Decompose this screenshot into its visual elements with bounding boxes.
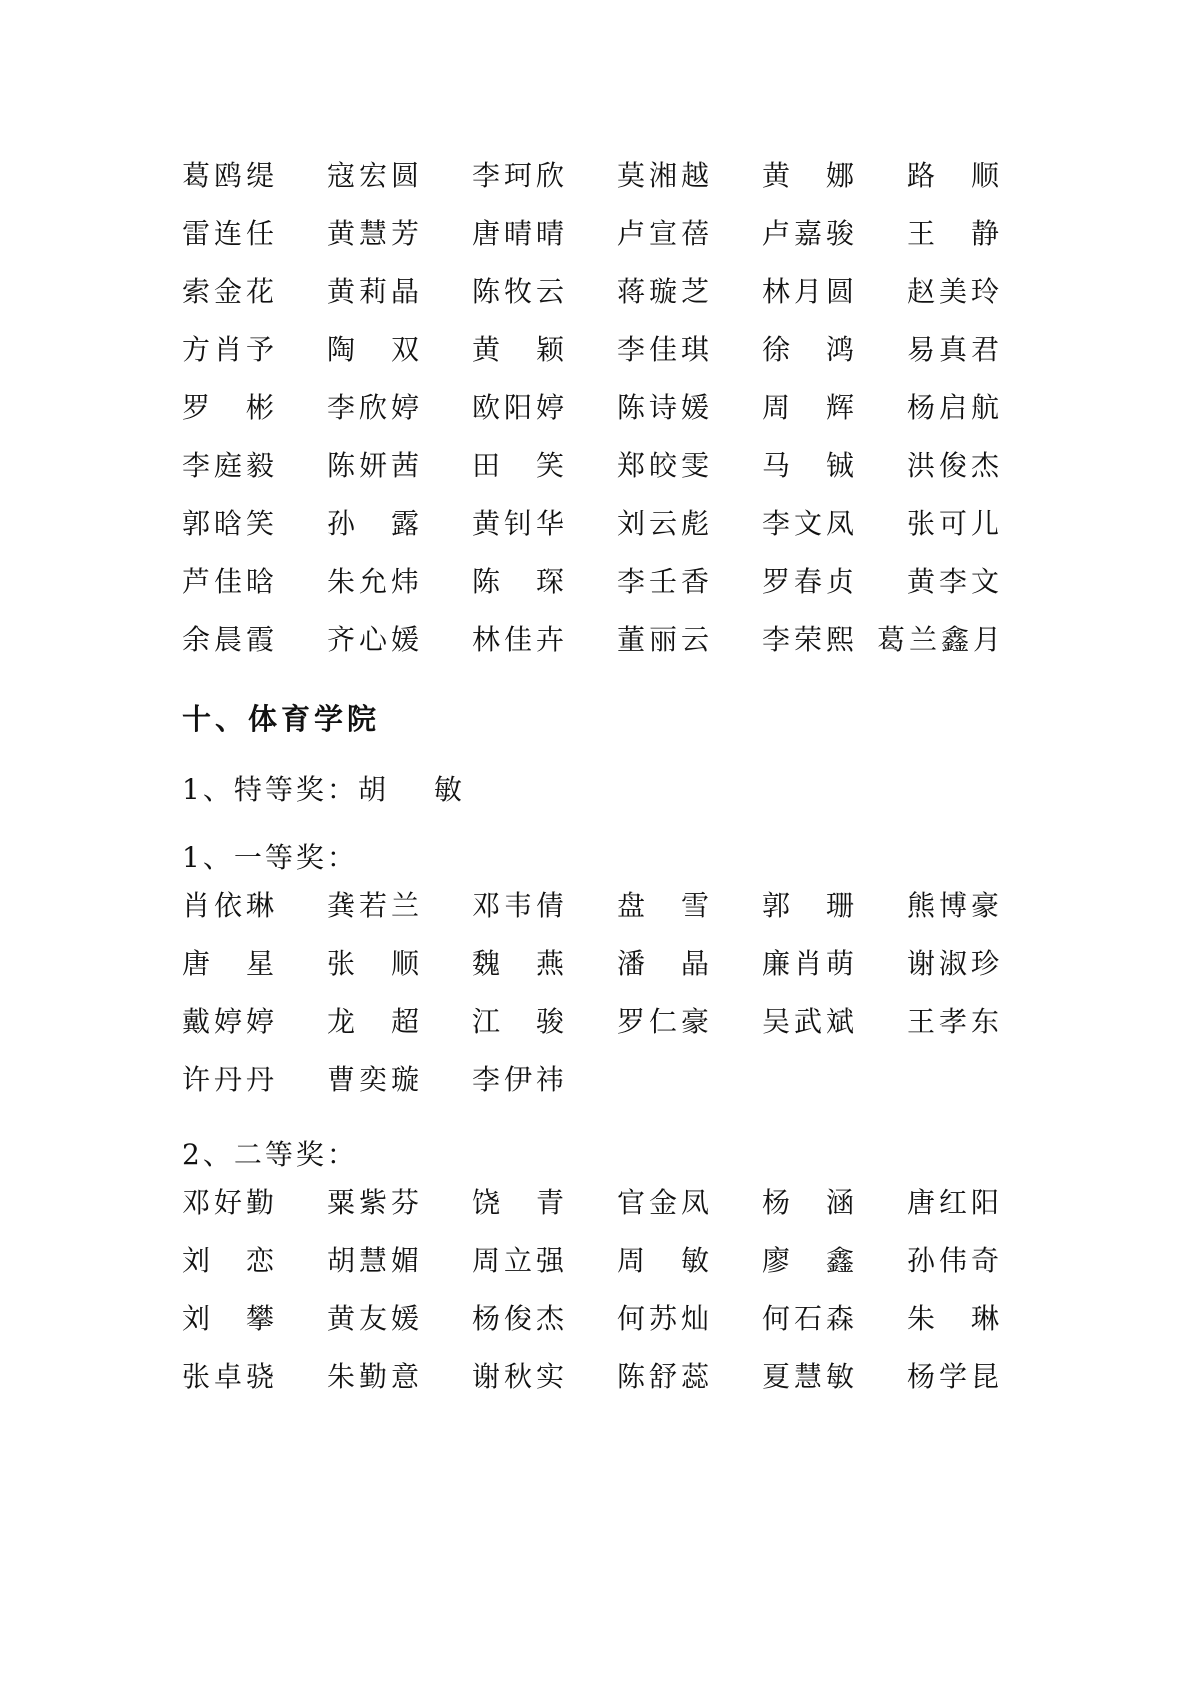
name: 盘 雪 — [617, 886, 713, 926]
name: 朱允炜 — [327, 562, 423, 602]
name: 李珂欣 — [472, 156, 568, 196]
name: 董丽云 — [617, 620, 713, 660]
name: 李庭毅 — [182, 446, 278, 486]
document-page: 葛鸥缇 寇宏圆 李珂欣 莫湘越 黄 娜 路 顺 雷连任 黄慧芳 唐晴晴 卢宣蓓 … — [0, 0, 1191, 1684]
name: 李佳琪 — [617, 330, 713, 370]
name-row: 李庭毅 陈妍茜 田 笑 郑皎雯 马 铖 洪俊杰 — [182, 446, 1022, 486]
name: 朱 琳 — [907, 1299, 1003, 1339]
name: 李欣婷 — [327, 388, 423, 428]
name: 林月圆 — [762, 272, 858, 312]
name: 杨俊杰 — [472, 1299, 568, 1339]
name: 芦佳晗 — [182, 562, 278, 602]
name: 齐心媛 — [327, 620, 423, 660]
name-row: 唐 星 张 顺 魏 燕 潘 晶 廉肖萌 谢淑珍 — [182, 944, 1022, 984]
name: 廉肖萌 — [762, 944, 858, 984]
name: 陶 双 — [327, 330, 423, 370]
name: 肖依琳 — [182, 886, 278, 926]
name: 曹奕璇 — [327, 1060, 423, 1100]
name: 欧阳婷 — [472, 388, 568, 428]
name: 雷连任 — [182, 214, 278, 254]
name: 陈牧云 — [472, 272, 568, 312]
name: 刘云彪 — [617, 504, 713, 544]
special-prize-label: 1、特等奖： — [182, 773, 358, 806]
name: 葛鸥缇 — [182, 156, 278, 196]
name: 黄莉晶 — [327, 272, 423, 312]
name: 何苏灿 — [617, 1299, 713, 1339]
name: 王 静 — [907, 214, 1003, 254]
name-row: 刘 攀 黄友媛 杨俊杰 何苏灿 何石森 朱 琳 — [182, 1299, 1022, 1339]
name: 郑皎雯 — [617, 446, 713, 486]
name: 李伊祎 — [472, 1060, 568, 1100]
name: 黄李文 — [907, 562, 1003, 602]
name-row: 雷连任 黄慧芳 唐晴晴 卢宣蓓 卢嘉骏 王 静 — [182, 214, 1022, 254]
name: 廖 鑫 — [762, 1241, 858, 1281]
name: 郭 珊 — [762, 886, 858, 926]
name-row: 邓好勤 粟紫芬 饶 青 官金凤 杨 涵 唐红阳 — [182, 1183, 1022, 1223]
name: 戴婷婷 — [182, 1002, 278, 1042]
name-row: 许丹丹 曹奕璇 李伊祎 — [182, 1060, 1022, 1100]
name: 黄钊华 — [472, 504, 568, 544]
name: 罗仁豪 — [617, 1002, 713, 1042]
name: 龚若兰 — [327, 886, 423, 926]
name: 周立强 — [472, 1241, 568, 1281]
name-row: 葛鸥缇 寇宏圆 李珂欣 莫湘越 黄 娜 路 顺 — [182, 156, 1022, 196]
name: 唐 星 — [182, 944, 278, 984]
name: 谢淑珍 — [907, 944, 1003, 984]
special-prize-winner: 胡 敏 — [358, 773, 472, 806]
name: 吴武斌 — [762, 1002, 858, 1042]
name: 潘 晶 — [617, 944, 713, 984]
section-heading: 十、体育学院 — [182, 697, 380, 738]
name: 胡慧媚 — [327, 1241, 423, 1281]
name: 马 铖 — [762, 446, 858, 486]
name-row: 芦佳晗 朱允炜 陈 琛 李壬香 罗春贞 黄李文 — [182, 562, 1022, 602]
name: 黄 娜 — [762, 156, 858, 196]
name: 方肖予 — [182, 330, 278, 370]
name: 黄 颖 — [472, 330, 568, 370]
name: 李荣熙 — [762, 620, 858, 660]
name: 陈诗媛 — [617, 388, 713, 428]
name: 饶 青 — [472, 1183, 568, 1223]
name: 杨 涵 — [762, 1183, 858, 1223]
second-prize-label: 2、二等奖： — [182, 1133, 358, 1173]
name: 官金凤 — [617, 1183, 713, 1223]
name-row: 罗 彬 李欣婷 欧阳婷 陈诗媛 周 辉 杨启航 — [182, 388, 1022, 428]
name: 张卓骁 — [182, 1357, 278, 1397]
name: 唐晴晴 — [472, 214, 568, 254]
name: 唐红阳 — [907, 1183, 1003, 1223]
name: 王孝东 — [907, 1002, 1003, 1042]
name-row: 戴婷婷 龙 超 江 骏 罗仁豪 吴武斌 王孝东 — [182, 1002, 1022, 1042]
name-row: 方肖予 陶 双 黄 颖 李佳琪 徐 鸿 易真君 — [182, 330, 1022, 370]
name: 黄友媛 — [327, 1299, 423, 1339]
name: 田 笑 — [472, 446, 568, 486]
first-prize-label: 1、一等奖： — [182, 836, 358, 876]
name: 朱勤意 — [327, 1357, 423, 1397]
name: 刘 恋 — [182, 1241, 278, 1281]
name: 李文凤 — [762, 504, 858, 544]
name: 张 顺 — [327, 944, 423, 984]
name: 何石森 — [762, 1299, 858, 1339]
name: 洪俊杰 — [907, 446, 1003, 486]
name: 杨学昆 — [907, 1357, 1003, 1397]
name: 余晨霞 — [182, 620, 278, 660]
name: 魏 燕 — [472, 944, 568, 984]
name-row: 郭晗笑 孙 露 黄钊华 刘云彪 李文凤 张可儿 — [182, 504, 1022, 544]
name-row: 刘 恋 胡慧媚 周立强 周 敏 廖 鑫 孙伟奇 — [182, 1241, 1022, 1281]
name: 江 骏 — [472, 1002, 568, 1042]
name-row: 张卓骁 朱勤意 谢秋实 陈舒蕊 夏慧敏 杨学昆 — [182, 1357, 1022, 1397]
name: 赵美玲 — [907, 272, 1003, 312]
name: 陈舒蕊 — [617, 1357, 713, 1397]
name: 周 辉 — [762, 388, 858, 428]
name: 罗春贞 — [762, 562, 858, 602]
special-prize-line: 1、特等奖：胡 敏 — [182, 768, 472, 808]
name: 林佳卉 — [472, 620, 568, 660]
name: 易真君 — [907, 330, 1003, 370]
name: 黄慧芳 — [327, 214, 423, 254]
name: 卢宣蓓 — [617, 214, 713, 254]
name: 刘 攀 — [182, 1299, 278, 1339]
name: 周 敏 — [617, 1241, 713, 1281]
name: 杨启航 — [907, 388, 1003, 428]
name: 邓韦倩 — [472, 886, 568, 926]
name-row: 肖依琳 龚若兰 邓韦倩 盘 雪 郭 珊 熊博豪 — [182, 886, 1022, 926]
name: 孙伟奇 — [907, 1241, 1003, 1281]
name: 卢嘉骏 — [762, 214, 858, 254]
name: 邓好勤 — [182, 1183, 278, 1223]
name: 陈 琛 — [472, 562, 568, 602]
name: 郭晗笑 — [182, 504, 278, 544]
name: 熊博豪 — [907, 886, 1003, 926]
name: 路 顺 — [907, 156, 1003, 196]
name: 索金花 — [182, 272, 278, 312]
name: 龙 超 — [327, 1002, 423, 1042]
name: 粟紫芬 — [327, 1183, 423, 1223]
name: 夏慧敏 — [762, 1357, 858, 1397]
name: 陈妍茜 — [327, 446, 423, 486]
name: 葛兰鑫月 — [877, 620, 1007, 660]
name: 孙 露 — [327, 504, 423, 544]
name: 许丹丹 — [182, 1060, 278, 1100]
name: 蒋璇芝 — [617, 272, 713, 312]
name-row: 索金花 黄莉晶 陈牧云 蒋璇芝 林月圆 赵美玲 — [182, 272, 1022, 312]
name: 张可儿 — [907, 504, 1003, 544]
name: 莫湘越 — [617, 156, 713, 196]
name-row: 余晨霞 齐心媛 林佳卉 董丽云 李荣熙 葛兰鑫月 — [182, 620, 1022, 660]
name: 李壬香 — [617, 562, 713, 602]
name: 罗 彬 — [182, 388, 278, 428]
name: 谢秋实 — [472, 1357, 568, 1397]
name: 寇宏圆 — [327, 156, 423, 196]
name: 徐 鸿 — [762, 330, 858, 370]
